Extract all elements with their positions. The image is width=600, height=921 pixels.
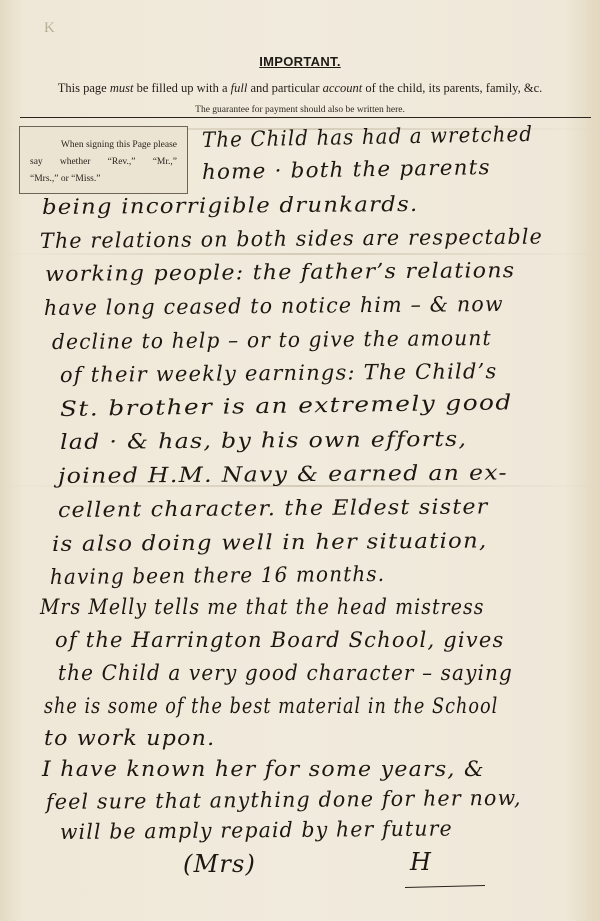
handwritten-line: home · both the parents (202, 155, 491, 184)
signing-box-line-1: When signing this Page please (30, 137, 179, 154)
handwritten-line: having been there 16 months. (50, 562, 385, 589)
guarantee-note: The guarantee for payment should also be… (0, 105, 600, 115)
instruction-emphasis-full: full (231, 81, 248, 95)
handwritten-line: the Child a very good character – saying (58, 661, 513, 685)
handwritten-line: The Child has had a wretched (202, 122, 533, 152)
handwritten-line: decline to help – or to give the amount (52, 326, 492, 354)
application-form-page: K IMPORTANT. This page must be filled up… (0, 0, 600, 921)
handwritten-line: of their weekly earnings: The Child’s (60, 359, 498, 387)
form-instruction: This page must be filled up with a full … (0, 81, 600, 96)
signature-underline (405, 885, 485, 888)
handwritten-line: joined H.M. Navy & earned an ex- (58, 460, 508, 488)
instruction-text: be filled up with a (133, 81, 230, 95)
handwritten-line: cellent character. the Eldest sister (58, 494, 489, 522)
handwritten-line: St. brother is an extremely good (60, 390, 513, 421)
handwritten-line: will be amply repaid by her future (60, 816, 453, 844)
instruction-text: of the child, its parents, family, &c. (362, 81, 542, 95)
signing-instructions-box: When signing this Page please say whethe… (19, 126, 188, 194)
handwritten-line: is also doing well in her situation, (52, 528, 488, 556)
signing-box-line-3: “Mrs.,” or “Miss.” (30, 171, 179, 188)
signature-initial: H (410, 848, 432, 876)
header-divider (20, 117, 591, 118)
instruction-text: This page (58, 81, 110, 95)
handwritten-line: working people: the father’s relations (45, 258, 516, 286)
instruction-emphasis-account: account (323, 81, 363, 95)
paper-fold-line (0, 253, 600, 255)
handwritten-line: lad · & has, by his own efforts, (60, 427, 468, 454)
signing-box-word: say (30, 154, 43, 171)
corner-pencil-mark: K (44, 20, 55, 37)
handwritten-line: have long ceased to notice him – & now (44, 292, 504, 320)
handwritten-line: of the Harrington Board School, gives (55, 628, 504, 652)
signing-box-word: “Rev.,” (108, 154, 136, 171)
signature-title: (Mrs) (183, 850, 256, 878)
handwritten-line: I have known her for some years, & (42, 757, 485, 781)
handwritten-line: The relations on both sides are respecta… (40, 225, 543, 253)
handwritten-line: feel sure that anything done for her now… (46, 786, 522, 814)
instruction-emphasis-must: must (110, 81, 134, 95)
handwritten-line: she is some of the best material in the … (44, 694, 498, 718)
instruction-text: and particular (247, 81, 322, 95)
page-heading: IMPORTANT. (0, 54, 600, 69)
handwritten-line: being incorrigible drunkards. (42, 192, 419, 219)
signing-box-line-2: say whether “Rev.,” “Mr.,” (30, 154, 179, 171)
handwritten-line: to work upon. (44, 726, 215, 750)
handwritten-line: Mrs Melly tells me that the head mistres… (40, 595, 485, 619)
signing-box-word: whether (60, 154, 91, 171)
signing-box-word: “Mr.,” (153, 154, 177, 171)
